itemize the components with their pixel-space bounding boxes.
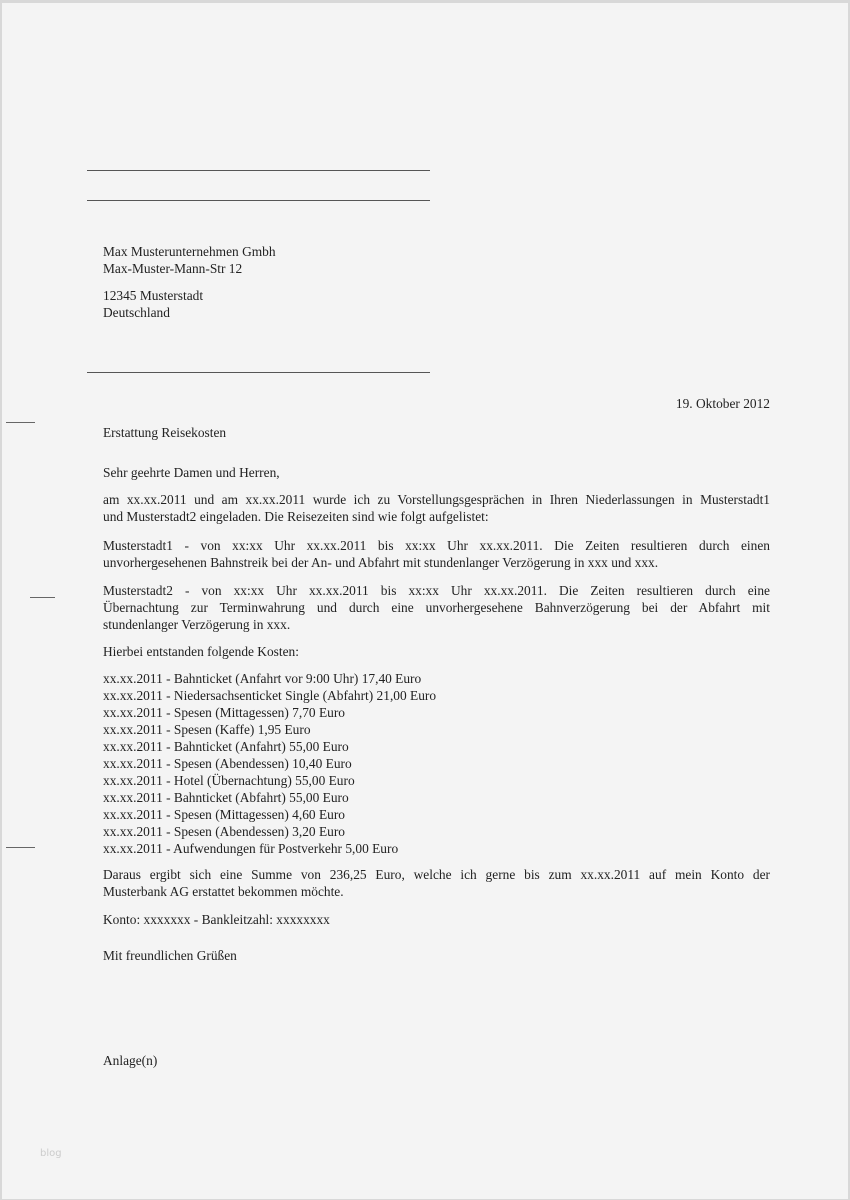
cost-item: xx.xx.2011 - Spesen (Abendessen) 3,20 Eu… xyxy=(103,823,436,840)
cost-item: xx.xx.2011 - Niedersachsenticket Single … xyxy=(103,687,436,704)
cost-item: xx.xx.2011 - Spesen (Mittagessen) 4,60 E… xyxy=(103,806,436,823)
cost-item: xx.xx.2011 - Spesen (Abendessen) 10,40 E… xyxy=(103,755,436,772)
cost-item: xx.xx.2011 - Spesen (Kaffe) 1,95 Euro xyxy=(103,721,436,738)
letter-date: 19. Oktober 2012 xyxy=(676,395,770,412)
trip1-line: Musterstadt1 - von xx:xx Uhr xx.xx.2011 … xyxy=(103,537,770,554)
sum-paragraph: Daraus ergibt sich eine Summe von 236,25… xyxy=(103,866,770,900)
trip2-paragraph: Musterstadt2 - von xx:xx Uhr xx.xx.2011 … xyxy=(103,582,770,633)
trip2-line: Musterstadt2 - von xx:xx Uhr xx.xx.2011 … xyxy=(103,582,770,599)
salutation: Sehr geehrte Damen und Herren, xyxy=(103,464,280,481)
recipient-country: Deutschland xyxy=(103,304,170,321)
intro-line: und Musterstadt2 eingeladen. Die Reiseze… xyxy=(103,508,770,525)
cost-item: xx.xx.2011 - Bahnticket (Anfahrt) 55,00 … xyxy=(103,738,436,755)
recipient-city: 12345 Musterstadt xyxy=(103,287,203,304)
enclosure: Anlage(n) xyxy=(103,1052,157,1069)
sum-line: Musterbank AG erstattet bekommen möchte. xyxy=(103,883,770,900)
cost-item: xx.xx.2011 - Hotel (Übernachtung) 55,00 … xyxy=(103,772,436,789)
cost-list: xx.xx.2011 - Bahnticket (Anfahrt vor 9:0… xyxy=(103,670,436,857)
costs-intro: Hierbei entstanden folgende Kosten: xyxy=(103,643,299,660)
trip2-line: Übernachtung zur Terminwahrung und durch… xyxy=(103,599,770,616)
cost-item: xx.xx.2011 - Spesen (Mittagessen) 7,70 E… xyxy=(103,704,436,721)
closing: Mit freundlichen Grüßen xyxy=(103,947,237,964)
sender-line-1 xyxy=(87,170,430,171)
intro-paragraph: am xx.xx.2011 und am xx.xx.2011 wurde ic… xyxy=(103,491,770,525)
recipient-company: Max Musterunternehmen Gmbh xyxy=(103,243,276,260)
trip2-line: stundenlanger Verzögerung in xxx. xyxy=(103,616,770,633)
trip1-line: unvorhergesehenen Bahnstreik bei der An-… xyxy=(103,554,770,571)
cost-item: xx.xx.2011 - Aufwendungen für Postverkeh… xyxy=(103,840,436,857)
bank-details: Konto: xxxxxxx - Bankleitzahl: xxxxxxxx xyxy=(103,911,330,928)
punch-mark xyxy=(30,597,55,598)
fold-mark-bottom xyxy=(6,847,35,848)
letter-subject: Erstattung Reisekosten xyxy=(103,424,226,441)
recipient-street: Max-Muster-Mann-Str 12 xyxy=(103,260,242,277)
watermark: blog xyxy=(40,1148,62,1159)
cost-item: xx.xx.2011 - Bahnticket (Anfahrt vor 9:0… xyxy=(103,670,436,687)
address-window-line xyxy=(87,372,430,373)
fold-mark-top xyxy=(6,422,35,423)
sum-line: Daraus ergibt sich eine Summe von 236,25… xyxy=(103,866,770,883)
intro-line: am xx.xx.2011 und am xx.xx.2011 wurde ic… xyxy=(103,491,770,508)
cost-item: xx.xx.2011 - Bahnticket (Abfahrt) 55,00 … xyxy=(103,789,436,806)
sender-line-2 xyxy=(87,200,430,201)
trip1-paragraph: Musterstadt1 - von xx:xx Uhr xx.xx.2011 … xyxy=(103,537,770,571)
